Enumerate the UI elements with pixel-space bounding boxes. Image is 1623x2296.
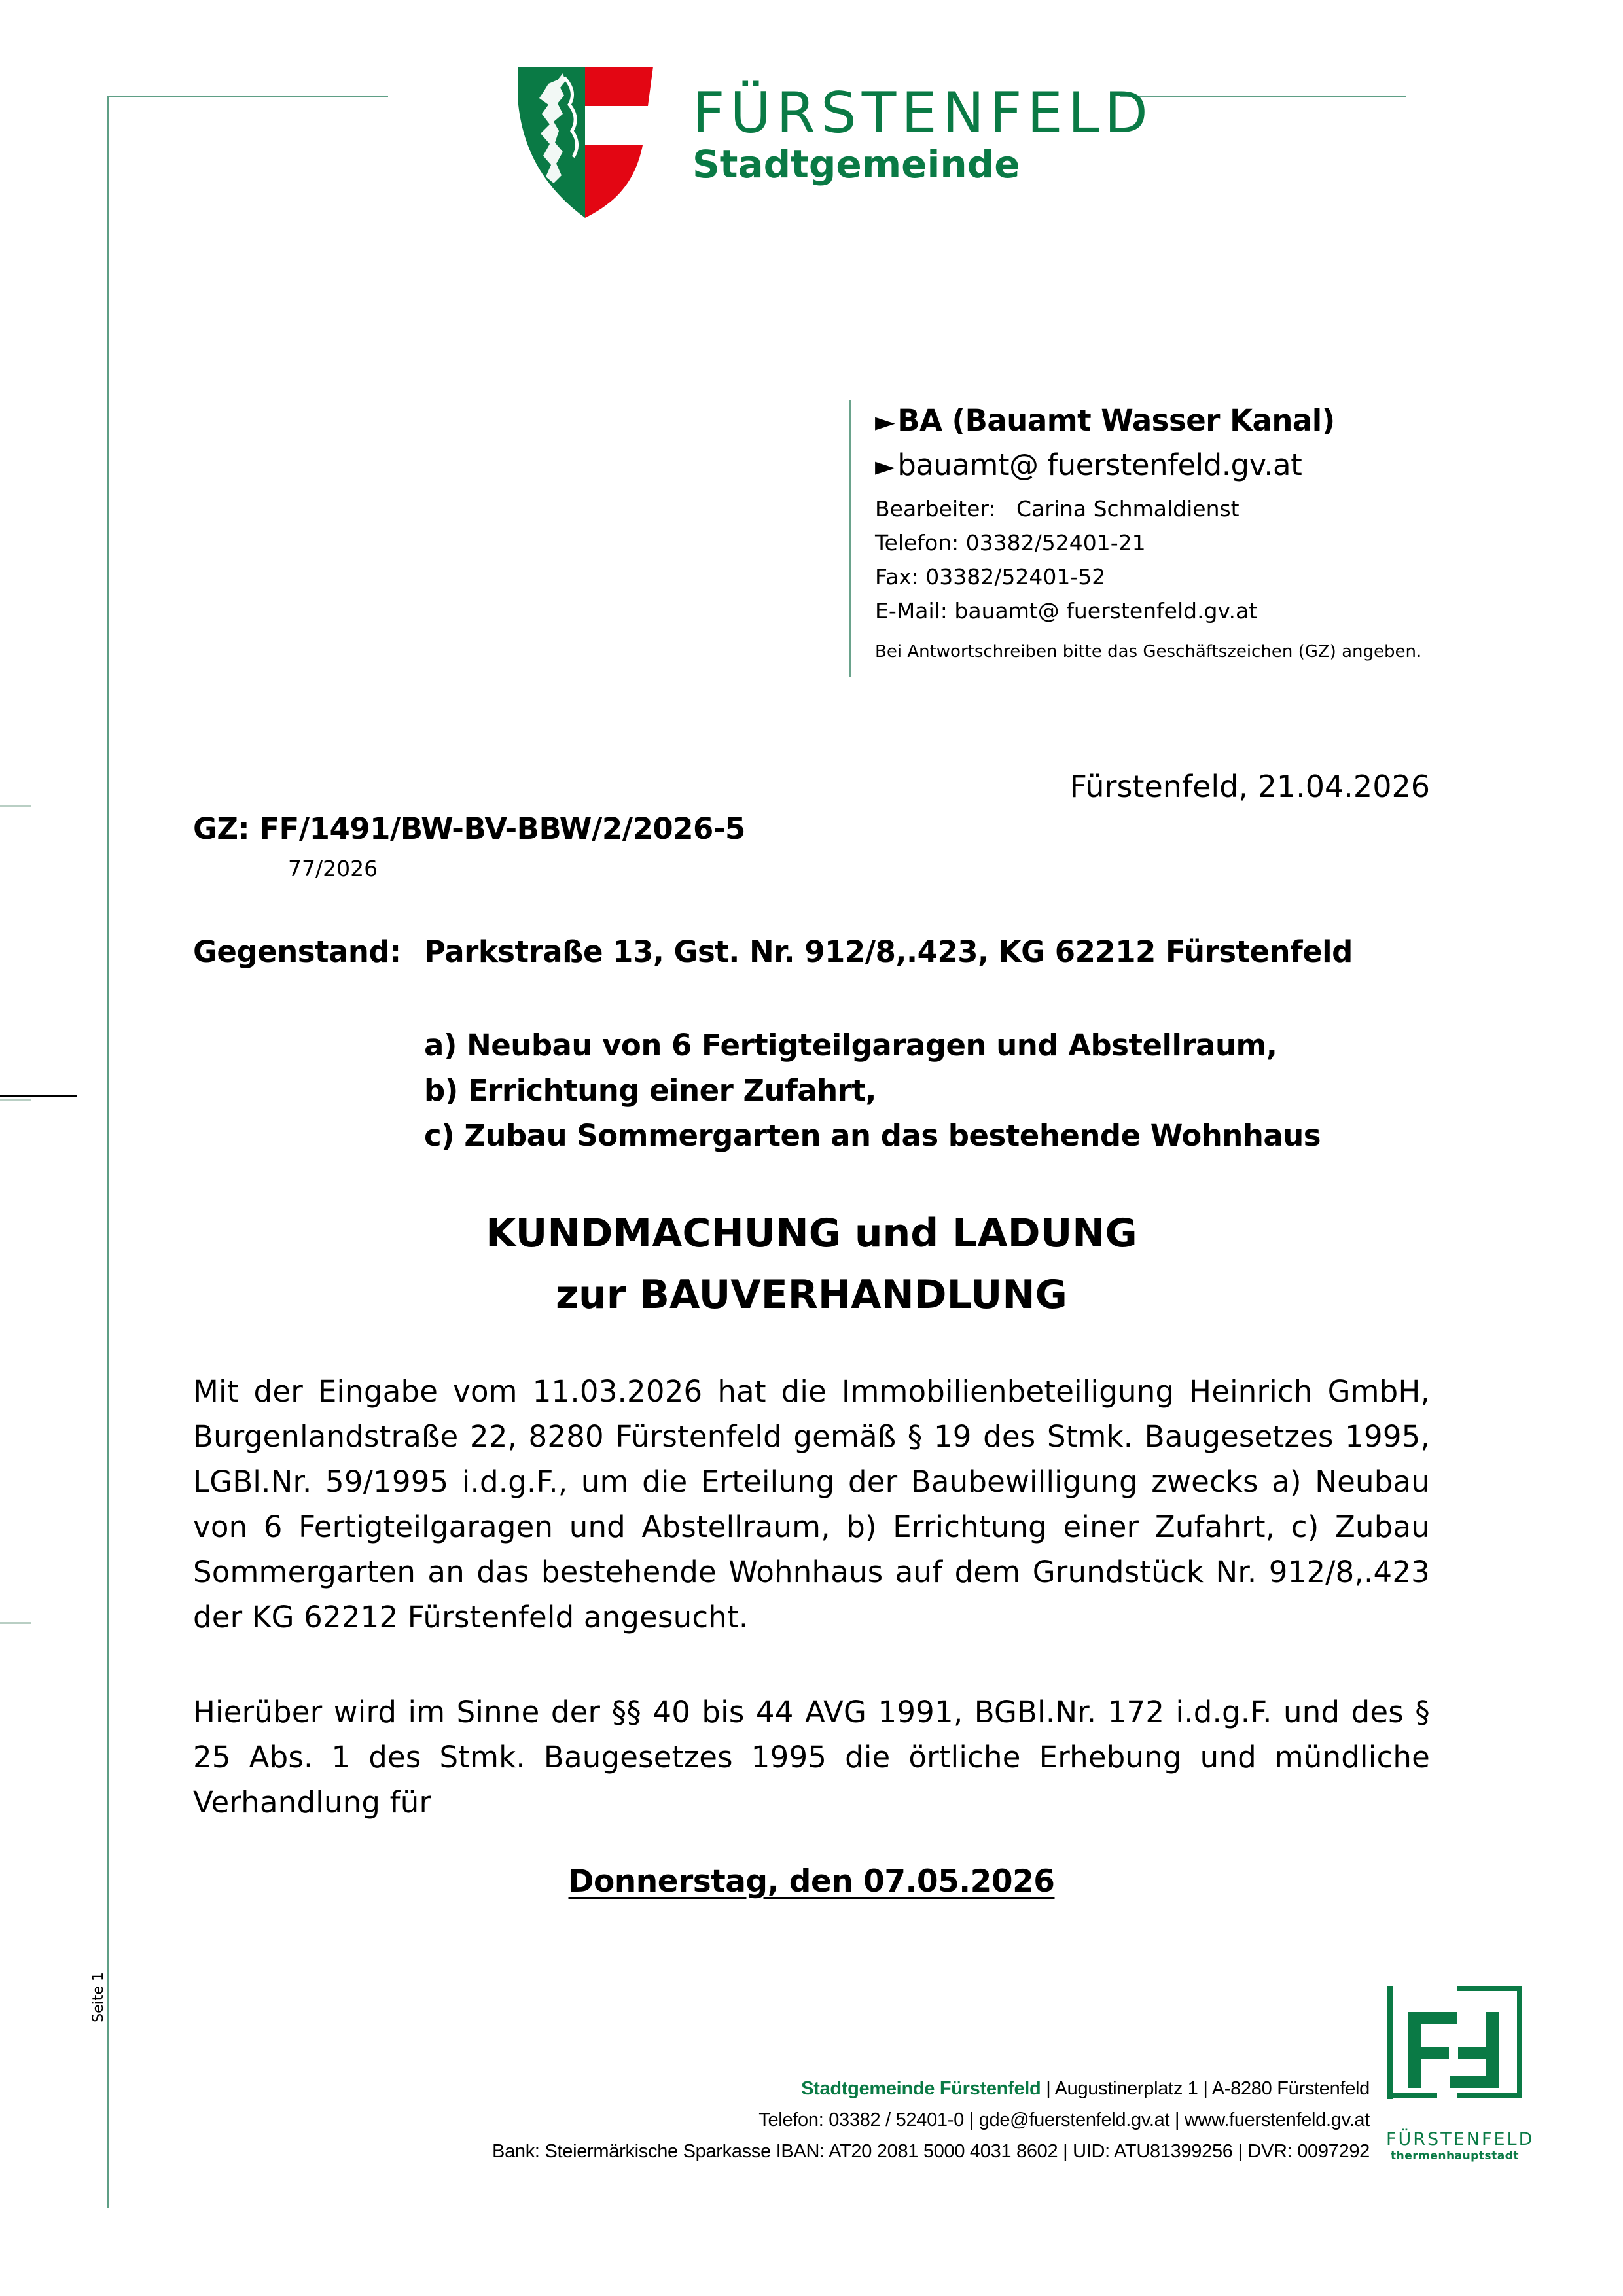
clerk-name: Carina Schmaldienst [1016,496,1240,521]
ff-logo-name: FÜRSTENFELD [1386,2130,1524,2148]
fold-mark-3 [0,1622,31,1624]
reference-number: GZ: FF/1491/BW-BV-BBW/2/2026-5 [193,811,745,846]
contact-divider [849,400,851,677]
triangle-right-icon: ► [875,445,895,488]
title-line-2: zur BAUVERHANDLUNG [0,1264,1623,1326]
triangle-right-icon: ► [875,400,895,444]
footer-line-1: Stadtgemeinde Fürstenfeld | Augustinerpl… [492,2073,1370,2104]
body-paragraph-2: Hierüber wird im Sinne der §§ 40 bis 44 … [193,1689,1430,1825]
department-email-line: ►bauamt@ fuerstenfeld.gv.at [875,444,1421,488]
fold-mark-1 [0,805,31,807]
subject-label: Gegenstand: [193,934,401,969]
email[interactable]: E-Mail: bauamt@ fuerstenfeld.gv.at [875,594,1421,628]
clerk-label: Bearbeiter: [875,496,996,521]
frame-top-right-rule [1120,96,1406,97]
body-paragraph-1: Mit der Eingabe vom 11.03.2026 hat die I… [193,1369,1430,1640]
fold-mark-black [0,1095,77,1097]
contact-block: ►BA (Bauamt Wasser Kanal) ►bauamt@ fuers… [875,399,1421,665]
document-title: KUNDMACHUNG und LADUNG zur BAUVERHANDLUN… [0,1203,1623,1326]
page-number: Seite 1 [90,1972,107,2022]
ff-logo-tagline: thermenhauptstadt [1386,2151,1524,2162]
footer-contact: Telefon: 03382 / 52401-0 | gde@fuerstenf… [492,2104,1370,2136]
phone: Telefon: 03382/52401-21 [875,526,1421,560]
title-line-1: KUNDMACHUNG und LADUNG [0,1203,1623,1264]
department-line: ►BA (Bauamt Wasser Kanal) [875,399,1421,444]
hearing-date-line: Donnerstag, den 07.05.2026 [0,1863,1623,1899]
subject-items: a) Neubau von 6 Fertigteilgaragen und Ab… [424,1023,1321,1158]
brand-title: FÜRSTENFELD [692,85,1153,141]
department-name: BA (Bauamt Wasser Kanal) [897,403,1334,438]
subject-item: b) Errichtung einer Zufahrt, [424,1068,1321,1113]
fax: Fax: 03382/52401-52 [875,560,1421,594]
subject-value: Parkstraße 13, Gst. Nr. 912/8,.423, KG 6… [424,934,1353,969]
fold-mark-2 [0,1099,31,1101]
clerk-line: Bearbeiter: Carina Schmaldienst [875,492,1421,526]
frame-top-left-rule [108,96,388,97]
styrian-panther-coat-of-arms-icon [517,65,654,219]
place-date: Fürstenfeld, 21.04.2026 [1069,769,1430,804]
ff-monogram-icon [1386,1985,1524,2099]
brand-subtitle: Stadtgemeinde [692,145,1020,183]
reference-sub-number: 77/2026 [288,856,378,881]
footer-address-block: Stadtgemeinde Fürstenfeld | Augustinerpl… [492,2073,1370,2167]
reference-note: Bei Antwortschreiben bitte das Geschäfts… [875,639,1421,665]
subject-item: c) Zubau Sommergarten an das bestehende … [424,1113,1321,1158]
hearing-date: Donnerstag, den 07.05.2026 [569,1863,1055,1899]
footer-org: Stadtgemeinde Fürstenfeld [801,2078,1041,2099]
subject-item: a) Neubau von 6 Fertigteilgaragen und Ab… [424,1023,1321,1068]
footer-address: | Augustinerplatz 1 | A-8280 Fürstenfeld [1041,2078,1370,2099]
footer-bank: Bank: Steiermärkische Sparkasse IBAN: AT… [492,2136,1370,2167]
department-email[interactable]: bauamt@ fuerstenfeld.gv.at [897,448,1302,482]
